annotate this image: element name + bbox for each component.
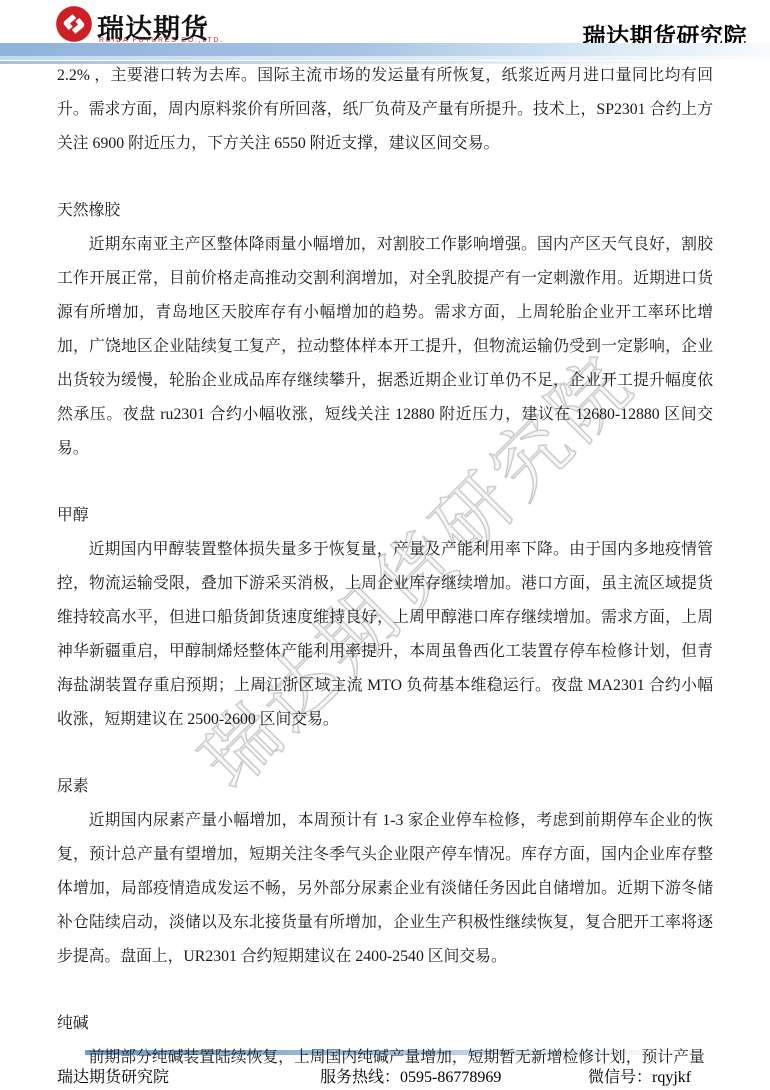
section-body-urea: 近期国内尿素产量小幅增加，本周预计有 1-3 家企业停车检修，考虑到前期停车企业… (57, 804, 713, 974)
section-body-natural-rubber: 近期东南亚主产区整体降雨量小幅增加，对割胶工作影响增强。国内产区天气良好，割胶工… (57, 228, 713, 466)
section-heading-soda-ash: 纯碱 (57, 1007, 713, 1041)
ruida-logo-icon (55, 5, 93, 43)
section-heading-natural-rubber: 天然橡胶 (57, 194, 713, 228)
section-heading-urea: 尿素 (57, 770, 713, 804)
report-body: 2.2% ，主要港口转为去库。国际主流市场的发运量有所恢复，纸浆近两月进口量同比… (57, 59, 713, 1075)
section-body-methanol: 近期国内甲醇装置整体损失量多于恢复量，产量及产能利用率下降。由于国内多地疫情管控… (57, 533, 713, 737)
header-divider-bar (0, 43, 770, 56)
paragraph-intro: 2.2% ，主要港口转为去库。国际主流市场的发运量有所恢复，纸浆近两月进口量同比… (57, 59, 713, 161)
report-page: 瑞达期货 RUIDA FUTURES CO.,LTD. 瑞达期货研究院 瑞达期货… (0, 0, 770, 1090)
section-heading-methanol: 甲醇 (57, 499, 713, 533)
section-body-soda-ash: 前期部分纯碱装置陆续恢复，上周国内纯碱产量增加，短期暂无新增检修计划，预计产量 (57, 1041, 713, 1075)
